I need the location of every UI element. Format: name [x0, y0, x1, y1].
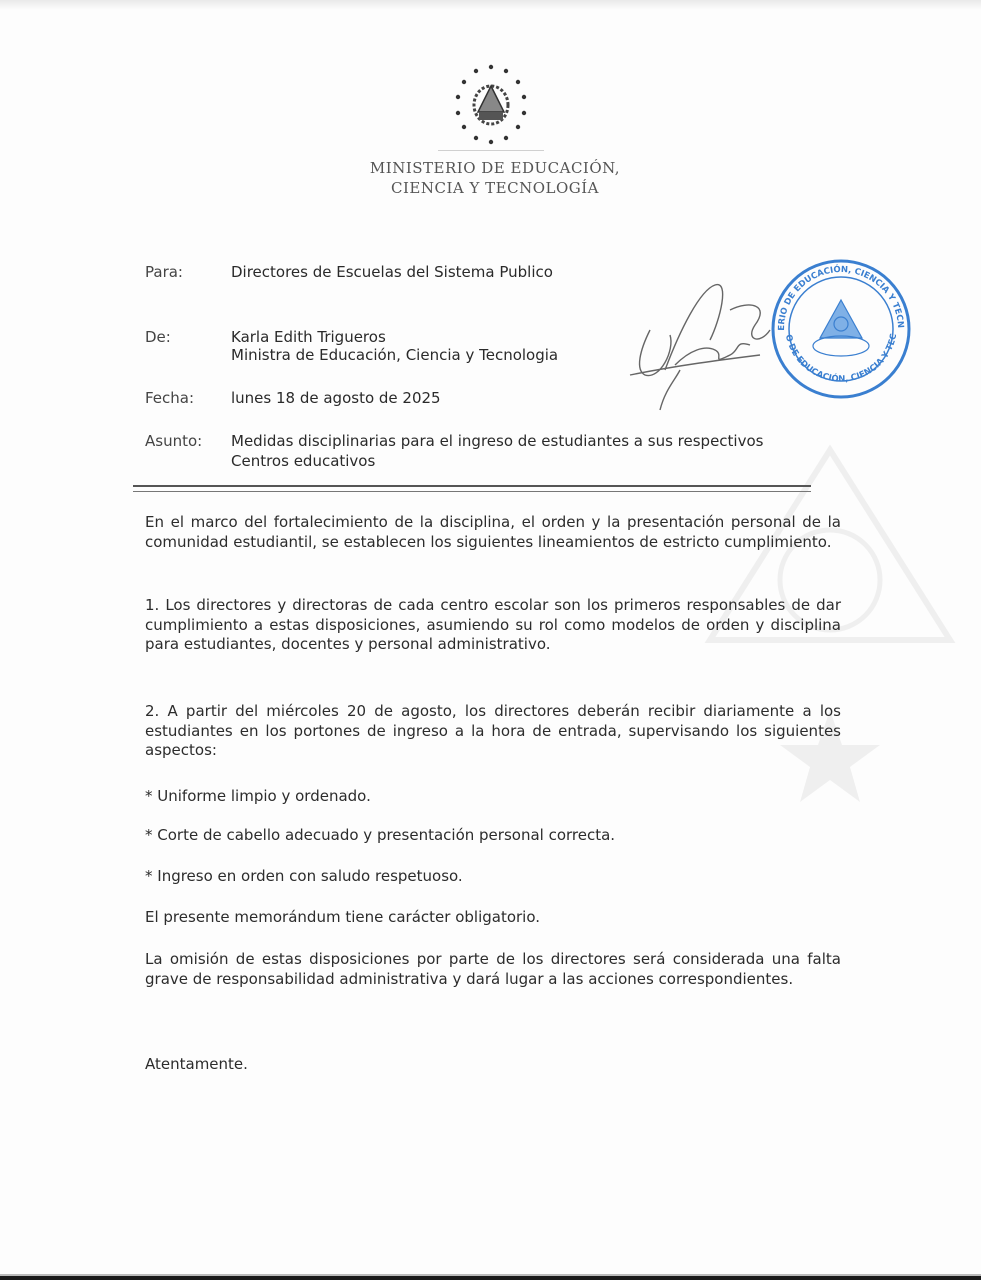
intro-paragraph: En el marco del fortalecimiento de la di…: [145, 513, 841, 552]
de-label: De:: [145, 327, 171, 347]
bullet-item: * Uniforme limpio y ordenado.: [145, 787, 841, 807]
asunto-line-2: Centros educativos: [231, 451, 375, 471]
point-2-paragraph: 2. A partir del miércoles 20 de agosto, …: [145, 702, 841, 761]
asunto-label: Asunto:: [145, 431, 202, 451]
header-rule: [438, 150, 544, 151]
mandatory-statement: El presente memorándum tiene carácter ob…: [145, 908, 841, 928]
bullet-item: * Corte de cabello adecuado y presentaci…: [145, 826, 841, 846]
ministry-line-2: CIENCIA Y TECNOLOGÍA: [300, 178, 690, 198]
ministry-line-1: MINISTERIO DE EDUCACIÓN,: [300, 158, 690, 178]
scan-top-edge: [0, 0, 981, 10]
fecha-label: Fecha:: [145, 388, 194, 408]
para-value: Directores de Escuelas del Sistema Publi…: [231, 262, 553, 282]
scan-bottom-edge: [0, 1274, 981, 1280]
official-stamp-icon: MINISTERIO DE EDUCACIÓN, CIENCIA Y TECNO…: [770, 258, 912, 400]
ministry-name: MINISTERIO DE EDUCACIÓN, CIENCIA Y TECNO…: [300, 158, 690, 198]
fecha-value: lunes 18 de agosto de 2025: [231, 388, 441, 408]
bullet-item: * Ingreso en orden con saludo respetuoso…: [145, 867, 841, 887]
coat-of-arms-icon: [448, 62, 534, 148]
point-1-paragraph: 1. Los directores y directoras de cada c…: [145, 596, 841, 655]
de-name: Karla Edith Trigueros: [231, 327, 386, 347]
para-label: Para:: [145, 262, 183, 282]
signature-icon: [620, 270, 790, 420]
header-divider: [133, 485, 811, 492]
asunto-line-1: Medidas disciplinarias para el ingreso d…: [231, 431, 763, 451]
closing: Atentamente.: [145, 1055, 841, 1075]
de-title: Ministra de Educación, Ciencia y Tecnolo…: [231, 345, 558, 365]
omission-paragraph: La omisión de estas disposiciones por pa…: [145, 950, 841, 989]
